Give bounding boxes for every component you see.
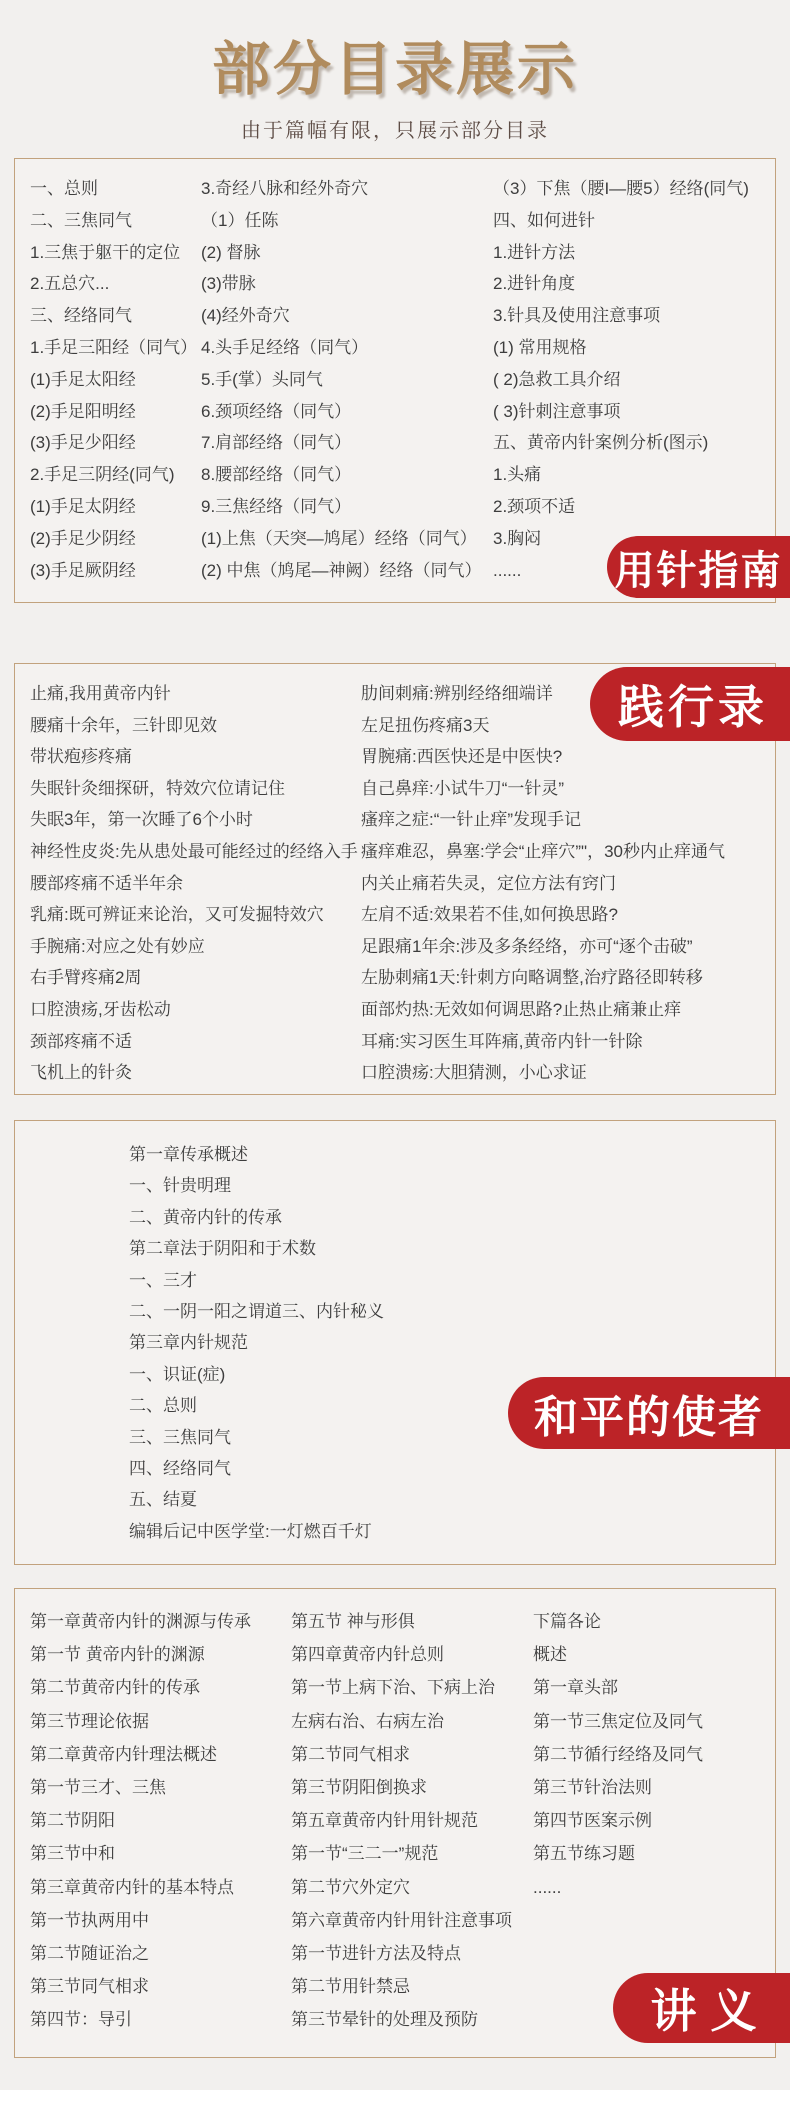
toc-line: 第二章法于阴阳和于术数: [129, 1233, 384, 1264]
toc-line: 2.进针角度: [493, 268, 749, 300]
ribbon-lecture-notes: 讲义: [613, 1973, 790, 2043]
toc-line: 左病右治、右病左治: [291, 1705, 533, 1738]
toc-line: ( 2)急救工具介绍: [493, 364, 749, 396]
toc-line: 第三节阴阳倒换求: [291, 1771, 533, 1804]
toc-line: 三、三焦同气: [129, 1422, 384, 1453]
toc-line: (3)手足厥阴经: [30, 555, 201, 587]
toc-columns: 第一章传承概述一、针贵明理二、黄帝内针的传承第二章法于阴阳和于术数一、三才二、一…: [15, 1121, 775, 1547]
toc-line: 手腕痛:对应之处有妙应: [30, 931, 361, 963]
ribbon-practice-record: 践行录: [590, 667, 790, 741]
toc-line: 颈部疼痛不适: [30, 1026, 361, 1058]
page-header: 部分目录展示 由于篇幅有限，只展示部分目录: [0, 0, 790, 143]
toc-columns: 一、总则二、三焦同气1.三焦于躯干的定位2.五总穴...三、经络同气1.手足三阳…: [15, 159, 775, 586]
toc-line: (1)手足太阴经: [30, 491, 201, 523]
toc-line: 1.进针方法: [493, 237, 749, 269]
toc-line: 1.三焦于躯干的定位: [30, 237, 201, 269]
toc-line: ( 3)针刺注意事项: [493, 396, 749, 428]
ribbon-peace-messenger: 和平的使者: [508, 1377, 790, 1449]
toc-line: 下篇各论: [533, 1605, 703, 1638]
toc-line: 第二节同气相求: [291, 1738, 533, 1771]
toc-line: 第三章内针规范: [129, 1327, 384, 1358]
card-peace-messenger: 第一章传承概述一、针贵明理二、黄帝内针的传承第二章法于阴阳和于术数一、三才二、一…: [14, 1120, 776, 1565]
toc-line: 第二节随证治之: [30, 1937, 291, 1970]
toc-line: (1)手足太阳经: [30, 364, 201, 396]
toc-line: (2) 督脉: [201, 237, 493, 269]
toc-line: 足跟痛1年余:涉及多条经络，亦可“逐个击破”: [361, 931, 725, 963]
card-needle-guide: 一、总则二、三焦同气1.三焦于躯干的定位2.五总穴...三、经络同气1.手足三阳…: [14, 158, 776, 603]
toc-line: 口腔溃疡:大胆猜测，小心求证: [361, 1057, 725, 1089]
toc-column: 3.奇经八脉和经外奇穴（1）任陈(2) 督脉(3)带脉(4)经外奇穴4.头手足经…: [201, 173, 493, 586]
toc-column: 下篇各论概述第一章头部第一节三焦定位及同气第二节循行经络及同气第三节针治法则第四…: [533, 1605, 703, 2037]
toc-line: 左胁刺痛1天:针刺方向略调整,治疗路径即转移: [361, 962, 725, 994]
toc-line: 1.头痛: [493, 459, 749, 491]
toc-line: (1)上焦（天突—鸠尾）经络（同气）: [201, 523, 493, 555]
toc-line: 第三节同气相求: [30, 1970, 291, 2003]
toc-line: 第一节进针方法及特点: [291, 1937, 533, 1970]
toc-line: 2.颈项不适: [493, 491, 749, 523]
toc-line: 第五章黄帝内针用针规范: [291, 1804, 533, 1837]
toc-line: 第二节阴阳: [30, 1804, 291, 1837]
toc-line: (2) 中焦（鸠尾—神阙）经络（同气）: [201, 555, 493, 587]
toc-line: 7.肩部经络（同气）: [201, 427, 493, 459]
toc-columns: 第一章黄帝内针的渊源与传承第一节 黄帝内针的渊源第二节黄帝内针的传承第三节理论依…: [15, 1589, 775, 2037]
toc-line: 第三节晕针的处理及预防: [291, 2003, 533, 2036]
toc-line: 第三节中和: [30, 1837, 291, 1870]
toc-line: 三、经络同气: [30, 300, 201, 332]
toc-line: 2.五总穴...: [30, 268, 201, 300]
toc-line: 带状疱疹疼痛: [30, 741, 361, 773]
toc-line: (4)经外奇穴: [201, 300, 493, 332]
toc-line: (3)带脉: [201, 268, 493, 300]
toc-line: 第一节执两用中: [30, 1904, 291, 1937]
toc-line: 第一节上病下治、下病上治: [291, 1671, 533, 1704]
bottom-strip: [0, 2090, 790, 2104]
toc-line: 第三章黄帝内针的基本特点: [30, 1871, 291, 1904]
toc-line: 1.手足三阳经（同气）: [30, 332, 201, 364]
toc-line: 第二节用针禁忌: [291, 1970, 533, 2003]
toc-line: ......: [533, 1871, 703, 1904]
toc-line: 第一节 黄帝内针的渊源: [30, 1638, 291, 1671]
toc-line: 第一章头部: [533, 1671, 703, 1704]
toc-line: 面部灼热:无效如何调思路?止热止痛兼止痒: [361, 994, 725, 1026]
toc-line: 第四节：导引: [30, 2003, 291, 2036]
toc-column: 第五节 神与形俱第四章黄帝内针总则第一节上病下治、下病上治左病右治、右病左治第二…: [291, 1605, 533, 2037]
toc-line: 失眠3年，第一次睡了6个小时: [30, 804, 361, 836]
toc-line: 第三节针治法则: [533, 1771, 703, 1804]
toc-line: 概述: [533, 1638, 703, 1671]
toc-line: 第六章黄帝内针用针注意事项: [291, 1904, 533, 1937]
toc-line: 瘙痒难忍，鼻塞:学会“止痒穴”"，30秒内止痒通气: [361, 836, 725, 868]
toc-line: 自己鼻痒:小试牛刀“一针灵”: [361, 773, 725, 805]
toc-line: （1）任陈: [201, 205, 493, 237]
toc-line: 第五节练习题: [533, 1837, 703, 1870]
toc-line: (3)手足少阳经: [30, 427, 201, 459]
toc-line: 腰痛十余年，三针即见效: [30, 710, 361, 742]
toc-line: 第一章黄帝内针的渊源与传承: [30, 1605, 291, 1638]
toc-line: 二、三焦同气: [30, 205, 201, 237]
toc-line: 左肩不适:效果若不佳,如何换思路?: [361, 899, 725, 931]
toc-line: （3）下焦（腰I—腰5）经络(同气): [493, 173, 749, 205]
toc-line: 五、黄帝内针案例分析(图示): [493, 427, 749, 459]
toc-line: 第一节三焦定位及同气: [533, 1705, 703, 1738]
card-lecture-notes: 第一章黄帝内针的渊源与传承第一节 黄帝内针的渊源第二节黄帝内针的传承第三节理论依…: [14, 1588, 776, 2058]
toc-line: 二、黄帝内针的传承: [129, 1202, 384, 1233]
toc-column: 一、总则二、三焦同气1.三焦于躯干的定位2.五总穴...三、经络同气1.手足三阳…: [30, 173, 201, 586]
toc-line: 止痛,我用黄帝内针: [30, 678, 361, 710]
ribbon-needle-guide: 用针指南: [607, 536, 790, 598]
toc-line: 五、结夏: [129, 1484, 384, 1515]
toc-line: 3.奇经八脉和经外奇穴: [201, 173, 493, 205]
toc-line: 第二节循行经络及同气: [533, 1738, 703, 1771]
toc-line: 一、识证(症): [129, 1359, 384, 1390]
toc-line: 第四章黄帝内针总则: [291, 1638, 533, 1671]
page-subtitle: 由于篇幅有限，只展示部分目录: [0, 114, 790, 143]
toc-line: 第一章传承概述: [129, 1139, 384, 1170]
toc-column: （3）下焦（腰I—腰5）经络(同气)四、如何进针1.进针方法2.进针角度3.针具…: [493, 173, 749, 586]
toc-line: 6.颈项经络（同气）: [201, 396, 493, 428]
toc-line: 耳痛:实习医生耳阵痛,黄帝内针一针除: [361, 1026, 725, 1058]
toc-line: 神经性皮炎:先从患处最可能经过的经络入手: [30, 836, 361, 868]
toc-line: 编辑后记中医学堂:一灯燃百千灯: [129, 1516, 384, 1547]
toc-line: (2)手足阳明经: [30, 396, 201, 428]
toc-line: 内关止痛若失灵，定位方法有窍门: [361, 868, 725, 900]
toc-line: 瘙痒之症:“一针止痒”发现手记: [361, 804, 725, 836]
toc-line: 腰部疼痛不适半年余: [30, 868, 361, 900]
toc-line: 一、三才: [129, 1265, 384, 1296]
toc-line: 第一节“三二一”规范: [291, 1837, 533, 1870]
toc-column: 第一章传承概述一、针贵明理二、黄帝内针的传承第二章法于阴阳和于术数一、三才二、一…: [129, 1139, 384, 1547]
toc-line: 失眠针灸细探研，特效穴位请记住: [30, 773, 361, 805]
toc-line: 9.三焦经络（同气）: [201, 491, 493, 523]
toc-column: 止痛,我用黄帝内针腰痛十余年，三针即见效带状疱疹疼痛失眠针灸细探研，特效穴位请记…: [30, 678, 361, 1089]
card-practice-record: 止痛,我用黄帝内针腰痛十余年，三针即见效带状疱疹疼痛失眠针灸细探研，特效穴位请记…: [14, 663, 776, 1095]
toc-line: 第二节穴外定穴: [291, 1871, 533, 1904]
toc-line: 5.手(掌）头同气: [201, 364, 493, 396]
toc-line: 第二章黄帝内针理法概述: [30, 1738, 291, 1771]
toc-line: 4.头手足经络（同气）: [201, 332, 493, 364]
toc-line: 8.腰部经络（同气）: [201, 459, 493, 491]
toc-line: 一、针贵明理: [129, 1170, 384, 1201]
toc-line: 一、总则: [30, 173, 201, 205]
toc-line: 二、总则: [129, 1390, 384, 1421]
toc-line: 乳痛:既可辨证来论治，又可发掘特效穴: [30, 899, 361, 931]
page-title: 部分目录展示: [0, 22, 790, 106]
toc-line: 第二节黄帝内针的传承: [30, 1671, 291, 1704]
toc-line: 右手臂疼痛2周: [30, 962, 361, 994]
toc-line: 第四节医案示例: [533, 1804, 703, 1837]
toc-line: 飞机上的针灸: [30, 1057, 361, 1089]
toc-line: 第一节三才、三焦: [30, 1771, 291, 1804]
toc-line: 胃腕痛:西医快还是中医快?: [361, 741, 725, 773]
toc-line: 口腔溃疡,牙齿松动: [30, 994, 361, 1026]
toc-line: 3.针具及使用注意事项: [493, 300, 749, 332]
toc-line: 四、如何进针: [493, 205, 749, 237]
toc-line: 2.手足三阴经(同气): [30, 459, 201, 491]
toc-line: 二、一阴一阳之谓道三、内针秘义: [129, 1296, 384, 1327]
toc-line: 第五节 神与形俱: [291, 1605, 533, 1638]
toc-line: (2)手足少阴经: [30, 523, 201, 555]
toc-line: 第三节理论依据: [30, 1705, 291, 1738]
toc-line: 四、经络同气: [129, 1453, 384, 1484]
promo-page: 部分目录展示 由于篇幅有限，只展示部分目录 一、总则二、三焦同气1.三焦于躯干的…: [0, 0, 790, 2104]
toc-column: 第一章黄帝内针的渊源与传承第一节 黄帝内针的渊源第二节黄帝内针的传承第三节理论依…: [30, 1605, 291, 2037]
toc-line: (1) 常用规格: [493, 332, 749, 364]
